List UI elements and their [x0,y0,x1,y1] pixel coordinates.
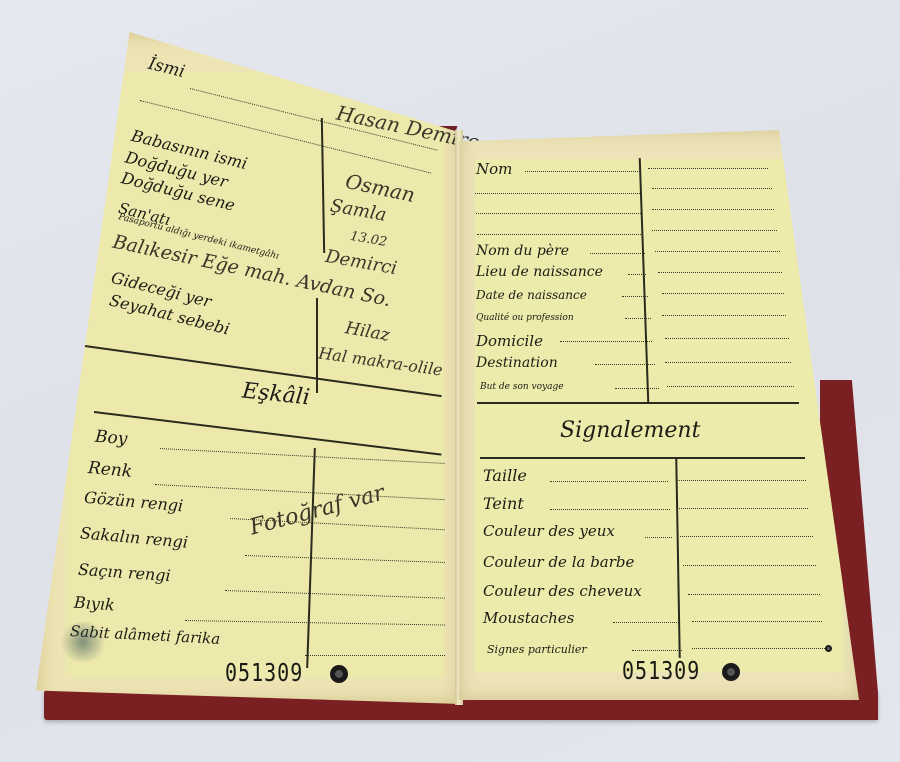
label-boy: Boy [94,427,128,450]
dotted-line [590,253,645,254]
label-couleur-des-cheveux: Couleur des cheveux [483,582,642,600]
dotted-line [615,388,659,389]
serial-number-right: 051309 [622,655,700,685]
serial-number-left: 051309 [225,657,303,687]
label-couleur-des-yeux: Couleur des yeux [483,522,615,540]
dotted-line [665,338,789,339]
dotted-line [676,480,806,481]
label-nom-du-pere: Nom du père [476,243,569,259]
dotted-line [680,536,813,537]
label-signes-particulier: Signes particulier [487,643,587,656]
dotted-line [475,193,640,194]
label-teint: Teint [483,494,524,513]
dotted-line [692,648,825,649]
label-destination: Destination [476,355,558,371]
ink-stain [58,622,108,662]
dotted-line [632,650,682,651]
dotted-line [652,188,772,189]
dotted-line [305,655,445,656]
dotted-line [658,272,782,273]
dotted-line [683,565,816,566]
dotted-line [613,622,679,623]
label-but-de-son-voyage: But de son voyage [480,382,564,392]
dotted-line [476,213,641,214]
dotted-line [665,362,791,363]
dotted-line [550,481,668,482]
label-qualite-ou-profession: Qualité ou profession [476,313,574,323]
label-biyik: Bıyık [73,593,115,615]
label-date-de-naissance: Date de naissance [476,288,587,302]
label-couleur-de-la-barbe: Couleur de la barbe [483,553,634,571]
dotted-line [662,315,786,316]
dotted-line [652,209,774,210]
ink-dot [825,645,832,652]
label-nom: Nom [476,160,512,178]
dotted-line [688,594,820,595]
dotted-line [525,171,640,172]
dotted-line [645,537,672,538]
label-lieu-de-naissance: Lieu de naissance [476,264,603,280]
dotted-line [560,341,652,342]
seal-stamp-icon [330,665,348,683]
dotted-line [477,234,643,235]
dotted-line [655,251,780,252]
dotted-line [692,621,822,622]
section-title-signalement: Signalement [560,418,700,443]
dotted-line [677,508,808,509]
seal-stamp-icon [722,663,740,681]
dotted-line [648,168,768,169]
dotted-line [625,318,651,319]
label-renk: Renk [87,458,133,482]
label-taille: Taille [483,466,527,485]
dotted-line [652,230,777,231]
section-rule [480,457,805,459]
dotted-line [550,509,670,510]
dotted-line [662,293,784,294]
section-rule [477,402,799,404]
label-domicile: Domicile [476,332,543,350]
label-moustaches: Moustaches [483,609,574,627]
dotted-line [667,386,794,387]
